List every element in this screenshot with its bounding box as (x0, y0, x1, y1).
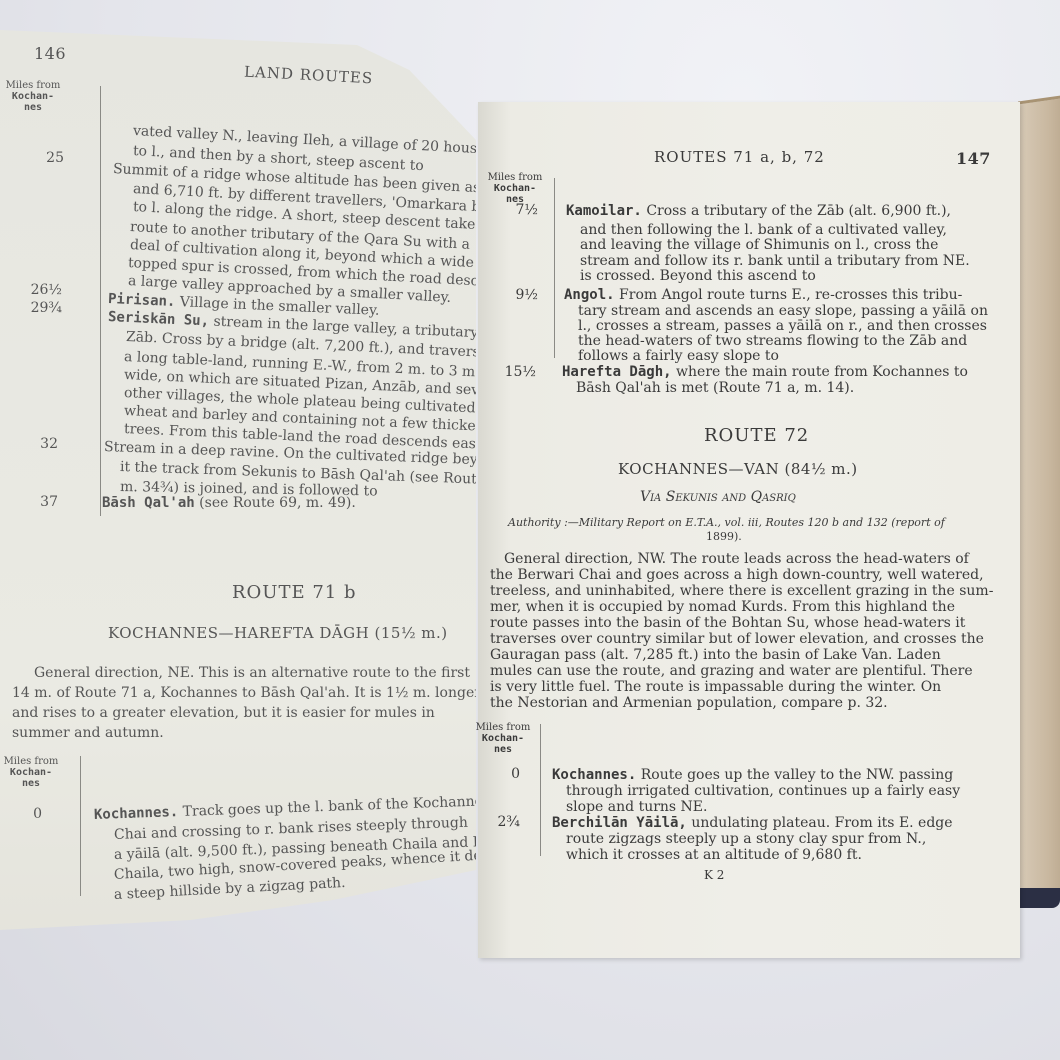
mile-marker: 2¾ (484, 814, 520, 830)
route-title: ROUTE 72 (704, 425, 809, 446)
intro-line: summer and autumn. (12, 724, 164, 743)
place-name: Kochannes. (552, 767, 636, 783)
mile-marker: 7½ (502, 202, 538, 218)
miles-column-label: Miles from Kochan- nes (2, 756, 60, 789)
route-entry: Bāsh Qal'ah (see Route 69, m. 49). (102, 494, 356, 513)
mile-marker: 0 (484, 766, 520, 782)
column-rule (80, 756, 81, 896)
authority-line: Authority :—Military Report on E.T.A., v… (508, 516, 945, 529)
label-line: Kochan- (494, 183, 536, 194)
mile-marker: 26½ (26, 282, 62, 298)
column-rule (554, 178, 555, 358)
column-rule (100, 86, 101, 516)
column-rule (540, 724, 541, 856)
label-line: Kochan- (482, 733, 524, 744)
label-line: nes (22, 778, 40, 789)
book-back-cover-edge (1018, 94, 1060, 904)
place-name: Seriskān Su, (108, 309, 210, 329)
place-name: Pirisan. (108, 291, 176, 310)
place-name: Kochannes. (94, 804, 179, 823)
entry-line: which it crosses at an altitude of 9,680… (566, 846, 862, 865)
miles-column-label: Miles from Kochan- nes (4, 80, 62, 113)
page-number: 147 (956, 149, 991, 168)
signature-mark: K 2 (704, 868, 724, 882)
place-name: Harefta Dāgh, (562, 364, 672, 380)
intro-line: General direction, NE. This is an altern… (34, 664, 470, 683)
place-name: Kamoilar. (566, 203, 642, 219)
intro-line: the Nestorian and Armenian population, c… (490, 694, 888, 713)
entry-line: Cross a tributary of the Zāb (alt. 6,900… (646, 203, 951, 219)
label-line: Miles from (486, 172, 544, 183)
label-line: Kochan- (10, 767, 52, 778)
route-via: Via Sekunis and Qasriq (640, 488, 796, 507)
mile-marker: 15½ (500, 364, 536, 380)
authority-note: Authority :—Military Report on E.T.A., v… (508, 516, 945, 529)
mile-marker: 0 (6, 806, 42, 822)
entry-line: where the main route from Kochannes to (676, 364, 968, 380)
mile-marker: 25 (28, 150, 64, 166)
mile-marker: 29¾ (26, 300, 62, 316)
running-head: LAND ROUTES (244, 63, 374, 88)
label-line: Kochan- (12, 91, 54, 102)
entry-line: Route goes up the valley to the NW. pass… (641, 767, 953, 783)
intro-line: and rises to a greater elevation, but it… (12, 704, 435, 723)
label-line: Miles from (4, 80, 62, 91)
mile-marker: 37 (22, 494, 58, 510)
entry-line: is crossed. Beyond this ascend to (580, 267, 816, 286)
intro-line: 14 m. of Route 71 a, Kochannes to Bāsh Q… (12, 684, 481, 703)
route-subtitle: KOCHANNES—VAN (84½ m.) (618, 460, 858, 478)
left-page: 146 LAND ROUTES Miles from Kochan- nes v… (0, 0, 476, 1000)
entry-line: Bāsh Qal'ah is met (Route 71 a, m. 14). (576, 379, 854, 398)
running-head: ROUTES 71 a, b, 72 (654, 148, 825, 166)
route-title: ROUTE 71 b (232, 582, 357, 603)
entry-line: undulating plateau. From its E. edge (691, 815, 952, 831)
mile-marker: 32 (22, 436, 58, 452)
page-number: 146 (34, 44, 66, 63)
route-subtitle: KOCHANNES—HAREFTA DĀGH (15½ m.) (108, 624, 448, 642)
book-cover-corner (1020, 888, 1060, 908)
mile-marker: 9½ (502, 287, 538, 303)
place-name: Bāsh Qal'ah (102, 495, 195, 511)
place-name: Berchilān Yāilā, (552, 815, 687, 831)
route-entry: Kamoilar. Cross a tributary of the Zāb (… (566, 202, 951, 221)
authority-line: 1899). (706, 530, 742, 543)
label-line: Miles from (474, 722, 532, 733)
place-name: Angol. (564, 287, 615, 303)
label-line: nes (24, 102, 42, 113)
right-page: ROUTES 71 a, b, 72 147 Miles from Kochan… (478, 102, 1020, 958)
miles-column-label: Miles from Kochan- nes (474, 722, 532, 755)
label-line: nes (494, 744, 512, 755)
entry-line: (see Route 69, m. 49). (199, 495, 356, 511)
miles-column-label: Miles from Kochan- nes (486, 172, 544, 205)
label-line: Miles from (2, 756, 60, 767)
entry-line: From Angol route turns E., re-crosses th… (619, 287, 962, 303)
